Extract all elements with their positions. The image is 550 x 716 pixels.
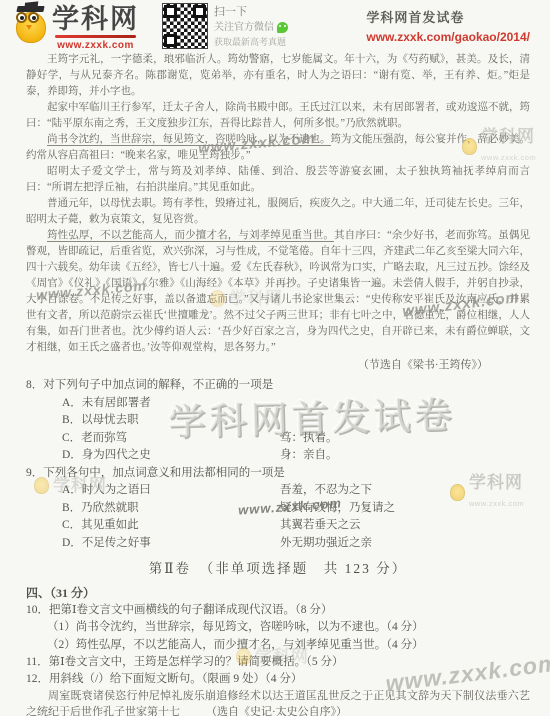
- question-8-option-d: D．身为四代之史 身：亲自。: [26, 447, 530, 465]
- option-gloss: 笃：执着。: [280, 430, 530, 448]
- header-right: 学科网首发试卷 www.zxxk.com/gaokao/2014/: [366, 7, 530, 44]
- question-9-option-b: B．乃欣然就职 疑其有改悔，乃复请之: [26, 500, 530, 518]
- passage-attribution: （节选自《梁书·王筠传》）: [26, 356, 530, 375]
- question-9-option-a: A．时人为之语曰 吾羞，不忍为之下: [26, 482, 530, 500]
- logo-url-text: www.zxxk.com: [52, 40, 139, 51]
- header-right-title: 学科网首发试卷: [366, 7, 530, 26]
- qr-panel: 扫一下 关注官方微信 获取最新高考真题: [162, 3, 292, 49]
- question-10-item-2: （2）筠性弘厚，不以艺能高人，而少擅才名，与刘孝绰见重当世。（4 分）: [26, 637, 530, 655]
- option-phrase: B．乃欣然就职: [62, 500, 280, 518]
- underlined-sentence-1: 尚书令沈约，当世辞宗，每见筠文，咨嗟吟咏，以为不逮也。: [47, 134, 331, 146]
- option-phrase-2: 疑其有改悔，乃复请之: [280, 500, 530, 518]
- option-gloss: 身：亲自。: [280, 447, 530, 465]
- question-8-option-c: C．老而弥笃 笃：执着。: [26, 430, 530, 448]
- qr-caption-line2-text: 关注官方微信: [214, 20, 274, 35]
- question-12-passage: 周室既衰诸侯恣行仲尼悼礼废乐崩追修经术以达王道匡乱世反之于正见其文辞为天下制仪法…: [26, 688, 530, 716]
- qr-caption-line3: 获取最新高考真题: [214, 35, 288, 49]
- passage-paragraph-1: 王筠字元礼，一字德柔，琅邪临沂人。筠幼警寤，七岁能属文。年十六，为《芍药赋》，甚…: [26, 52, 530, 100]
- underlined-sentence-2: 筠性弘厚，不以艺能高人，而少擅才名，与刘孝绰见重当世。: [47, 230, 334, 242]
- option-phrase: A．未有居郎署者: [62, 395, 280, 413]
- exam-content: 王筠字元礼，一字德柔，琅邪临沂人。筠幼警寤，七岁能属文。年十六，为《芍药赋》，甚…: [26, 52, 530, 716]
- wechat-icon: [277, 22, 288, 33]
- question-12-stem: 12．用斜线（/）给下面短文断句。（限画 9 处）（4 分）: [26, 671, 530, 688]
- passage-paragraph-6-rest: 其自序曰：“余少好书，老而弥笃。虽偶见瞥观，皆即疏记，后重省览，欢兴弥深，习与性…: [26, 230, 530, 353]
- option-phrase-2: 其翼若垂天之云: [280, 517, 530, 535]
- passage-paragraph-3: 尚书令沈约，当世辞宗，每见筠文，咨嗟吟咏，以为不逮也。筠为文能压强韵，每公宴并作…: [26, 132, 530, 164]
- logo-swoosh: [55, 35, 136, 38]
- option-phrase: B．以母忧去职: [62, 412, 280, 430]
- logo-brand-text: 学科网: [52, 4, 139, 34]
- question-10-stem: 10．把第Ⅰ卷文言文中画横线的句子翻译成现代汉语。（8 分）: [26, 602, 530, 619]
- question-9-option-d: D．不足传之好事 外无期功强近之亲: [26, 535, 530, 553]
- exam-paper-page: 阅读下面的文言文 学科网 www.zxxk.com 扫一下 关注官方微信 获取最…: [0, 0, 550, 716]
- owl-mascot-icon: [14, 4, 48, 48]
- section-2-title: 第Ⅱ卷 （非单项选择题 共 123 分）: [26, 559, 530, 579]
- passage-paragraph-5: 普通元年，以母忧去职。筠有孝性，毁瘠过礼，服阕后，疾废久之。中大通二年，迁司徒左…: [26, 196, 530, 228]
- question-9-option-c: C．其见重如此 其翼若垂天之云: [26, 517, 530, 535]
- question-9-stem: 9．下列各句中，加点词意义和用法都相同的一项是: [26, 465, 530, 483]
- option-phrase: C．其见重如此: [62, 517, 280, 535]
- question-12-source: （选自《史记·太史公自序》）: [206, 706, 347, 716]
- zxxk-logo: 学科网 www.zxxk.com: [14, 4, 145, 53]
- option-phrase: D．不足传之好事: [62, 535, 280, 553]
- option-phrase-2: 外无期功强近之亲: [280, 535, 530, 553]
- question-8-option-b: B．以母忧去职: [26, 412, 530, 430]
- qr-caption-line2: 关注官方微信: [214, 20, 288, 35]
- passage-paragraph-2: 起家中军临川王行参军，迁太子舍人，除尚书殿中郎。王氏过江以来，未有居郎署者，或劝…: [26, 100, 530, 132]
- option-gloss: [280, 412, 530, 430]
- section-4-label: 四、（31 分）: [26, 585, 530, 602]
- qr-code-icon: [162, 3, 208, 49]
- option-phrase: A．时人为之语曰: [62, 482, 280, 500]
- option-phrase: D．身为四代之史: [62, 447, 280, 465]
- question-10-item-1: （1）尚书令沈约，当世辞宗，每见筠文，咨嗟吟咏，以为不逮也。（4 分）: [26, 619, 530, 637]
- question-8-option-a: A．未有居郎署者: [26, 395, 530, 413]
- header-right-url: www.zxxk.com/gaokao/2014/: [366, 30, 530, 44]
- option-phrase: C．老而弥笃: [62, 430, 280, 448]
- option-gloss: [280, 395, 530, 413]
- passage-paragraph-6: 筠性弘厚，不以艺能高人，而少擅才名，与刘孝绰见重当世。其自序曰：“余少好书，老而…: [26, 228, 530, 356]
- passage-paragraph-4: 昭明太子爱文学士，常与筠及刘孝绰、陆倕、到洽、殷芸等游宴玄圃，太子独执筠袖抚孝绰…: [26, 164, 530, 196]
- qr-caption-line1: 扫一下: [214, 5, 288, 20]
- option-phrase-2: 吾羞，不忍为之下: [280, 482, 530, 500]
- question-8-stem: 8．对下列句子中加点词的解释，不正确的一项是: [26, 377, 530, 395]
- question-11-stem: 11．第Ⅰ卷文言文中，王筠是怎样学习的？请简要概括。（5 分）: [26, 654, 530, 671]
